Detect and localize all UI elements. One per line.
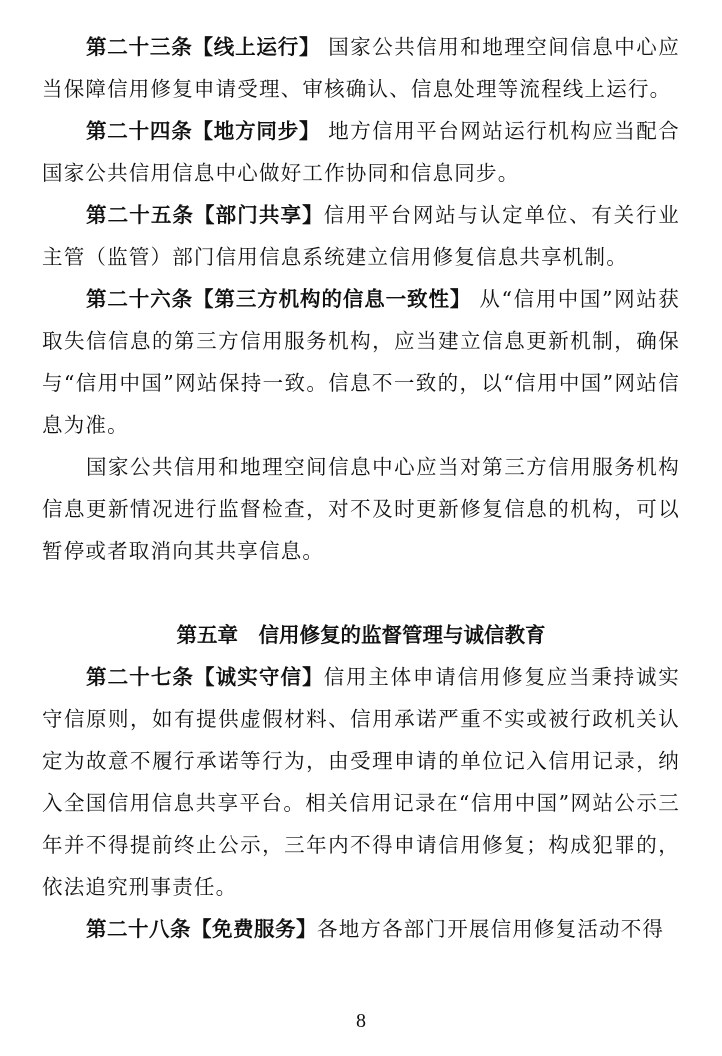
- article-26-paragraph-2: 国家公共信用和地理空间信息中心应当对第三方信用服务机构信息更新情况进行监督检查，…: [42, 446, 680, 572]
- article-26: 第二十六条【第三方机构的信息一致性】 从“信用中国”网站获取失信信息的第三方信用…: [42, 278, 680, 446]
- article-heading: 第二十八条【免费服务】: [86, 917, 317, 941]
- article-heading: 第二十六条【第三方机构的信息一致性】: [86, 287, 471, 311]
- article-25: 第二十五条【部门共享】信用平台网站与认定单位、有关行业主管（监管）部门信用信息系…: [42, 194, 680, 278]
- article-heading: 第二十五条【部门共享】: [86, 203, 324, 227]
- document-page: 第二十三条【线上运行】 国家公共信用和地理空间信息中心应当保障信用修复申请受理、…: [42, 26, 680, 950]
- article-heading: 第二十三条【线上运行】: [86, 35, 320, 59]
- page-number: 8: [0, 1010, 722, 1033]
- article-24: 第二十四条【地方同步】 地方信用平台网站运行机构应当配合国家公共信用信息中心做好…: [42, 110, 680, 194]
- article-heading: 第二十七条【诚实守信】: [86, 665, 324, 689]
- chapter-title: 第五章 信用修复的监督管理与诚信教育: [42, 614, 680, 656]
- article-28: 第二十八条【免费服务】各地方各部门开展信用修复活动不得: [42, 908, 680, 950]
- article-23: 第二十三条【线上运行】 国家公共信用和地理空间信息中心应当保障信用修复申请受理、…: [42, 26, 680, 110]
- article-body: 各地方各部门开展信用修复活动不得: [317, 917, 664, 941]
- article-heading: 第二十四条【地方同步】: [86, 119, 320, 143]
- article-27: 第二十七条【诚实守信】信用主体申请信用修复应当秉持诚实守信原则，如有提供虚假材料…: [42, 656, 680, 908]
- spacer: [42, 572, 680, 614]
- article-body: 信用主体申请信用修复应当秉持诚实守信原则，如有提供虚假材料、信用承诺严重不实或被…: [42, 665, 680, 899]
